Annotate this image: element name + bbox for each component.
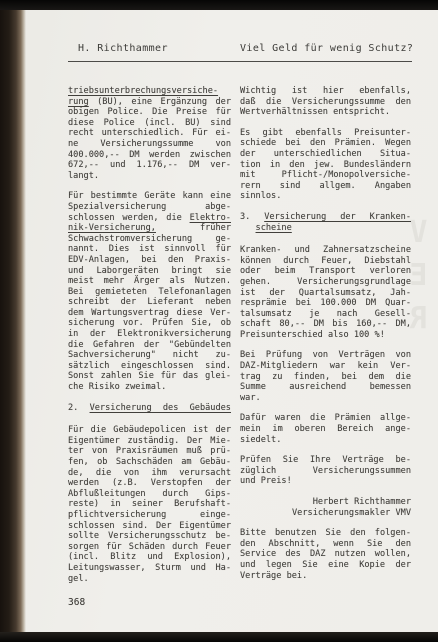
text-line: 3. Versicherung der Kranken-: [240, 212, 411, 223]
text-line: Wichtig ist hier ebenfalls,: [240, 86, 411, 97]
text-line: Für bestimmte Geräte kann eine: [68, 191, 231, 202]
text-line: scheine: [240, 223, 411, 234]
text-line: sorgen für Schäden durch Feuer: [68, 542, 231, 553]
text-line: schaft 80,-- DM bis 160,-- DM,: [240, 319, 411, 330]
text-line: 2. Versicherung des Gebäudes: [68, 403, 231, 414]
paragraph: triebsunterbrechungsversiche-rung (BU), …: [68, 86, 231, 181]
text-line: mit Pflicht-/Monopolversiche-: [240, 170, 411, 181]
text-line: oder beim Transport verloren: [240, 266, 411, 277]
text-line: fen, ob Sachschäden am Gebäu-: [68, 457, 231, 468]
text-line: der unterschiedlichen Situa-: [240, 149, 411, 160]
text-line: werden (z.B. Verstopfen der: [68, 478, 231, 489]
scan-border-bottom: [0, 632, 438, 642]
text-line: Sachversicherung" nicht zu-: [68, 350, 231, 361]
text-line: Summe ausreichend bemessen: [240, 382, 411, 393]
underlined-text: Versicherung der Kranken-: [264, 212, 411, 222]
text-line: mein im oberen Bereich ange-: [240, 424, 411, 435]
text-line: Herbert Richthammer: [240, 497, 411, 508]
text-line: langt.: [68, 171, 231, 182]
text-line: und Preis!: [240, 476, 411, 487]
text-line: reste) in seiner Berufshaft-: [68, 499, 231, 510]
paragraph: Bei Prüfung von Verträgen vonDAZ-Mitglie…: [240, 350, 411, 403]
text-line: ter von Praxisräumen muß prü-: [68, 446, 231, 457]
text-line: Versicherungsmakler VMV: [240, 508, 411, 519]
paragraph: Es gibt ebenfalls Preisunter-schiede bei…: [240, 128, 411, 202]
text-line: nik-Versicherung, früher: [68, 223, 231, 234]
text-line: resprämie bei 100.000 DM Quar-: [240, 298, 411, 309]
underlined-text: Versicherung des Gebäudes: [90, 403, 231, 413]
text-line: Verträge bei.: [240, 571, 411, 582]
text-line: che Risiko zweimal.: [68, 382, 231, 393]
book-gutter-shadow: [0, 10, 26, 632]
text-line: DAZ-Mitgliedern war kein Ver-: [240, 361, 411, 372]
text-line: schlossen sind. Der Eigentümer: [68, 521, 231, 532]
text-line: können durch Feuer, Diebstahl: [240, 256, 411, 267]
text-line: schiede bei den Prämien. Wegen: [240, 138, 411, 149]
text-line: daß die Versicherungssumme den: [240, 97, 411, 108]
paragraph: Bitte benutzen Sie den folgen-den Abschn…: [240, 528, 411, 581]
text-line: obigen Police. Die Preise für: [68, 107, 231, 118]
paragraph: Kranken- und Zahnersatzscheinekönnen dur…: [240, 245, 411, 340]
text-line: tion in den jew. Bundesländern: [240, 160, 411, 171]
text-line: Eigentümer zuständig. Der Mie-: [68, 436, 231, 447]
paragraph: Für die Gebäudepolicen ist derEigentümer…: [68, 425, 231, 584]
text-line: schlossen werden, die Elektro-: [68, 213, 231, 224]
paragraph: Für bestimmte Geräte kann eineSpezialver…: [68, 191, 231, 392]
text-line: rern sind allgem. Angaben: [240, 181, 411, 192]
text-line: Spezialversicherung abge-: [68, 202, 231, 213]
text-line: sicherung vor. Prüfen Sie, ob: [68, 318, 231, 329]
text-line: de, die von ihm verursacht: [68, 468, 231, 479]
text-line: recht unterschiedlich. Für ei-: [68, 128, 231, 139]
text-line: Kranken- und Zahnersatzscheine: [240, 245, 411, 256]
section-heading: 3. Versicherung der Kranken- scheine: [240, 212, 411, 233]
text-line: Service des DAZ nutzen wollen,: [240, 549, 411, 560]
text-line: ne Versicherungssumme von: [68, 139, 231, 150]
text-line: Sonst zahlen Sie für das glei-: [68, 371, 231, 382]
text-column-left: triebsunterbrechungsversiche-rung (BU), …: [68, 86, 231, 594]
text-line: nannt. Dies ist sinnvoll für: [68, 244, 231, 255]
text-line: meist mehr Ärger als Nutzen.: [68, 276, 231, 287]
text-line: Bitte benutzen Sie den folgen-: [240, 528, 411, 539]
text-line: war.: [240, 393, 411, 404]
text-line: rung (BU), eine Ergänzung der: [68, 97, 231, 108]
text-line: sollte Versicherungsschutz be-: [68, 531, 231, 542]
text-line: den Abschnitt, wenn Sie den: [240, 539, 411, 550]
page-header: H. Richthammer Viel Geld für wenig Schut…: [0, 43, 438, 57]
signature: Herbert RichthammerVersicherungsmakler V…: [240, 497, 411, 518]
text-line: in der Elektronikversicherung: [68, 329, 231, 340]
text-line: diese Police (incl. BU) sind: [68, 118, 231, 129]
text-line: talsumsatz je nach Gesell-: [240, 309, 411, 320]
header-rule: [68, 61, 412, 62]
text-line: sätzlich eingeschlossen sind.: [68, 361, 231, 372]
text-line: siedelt.: [240, 435, 411, 446]
text-line: trag zu finden, bei dem die: [240, 372, 411, 383]
text-line: sinnlos.: [240, 191, 411, 202]
text-line: Für die Gebäudepolicen ist der: [68, 425, 231, 436]
underlined-text: scheine: [256, 223, 292, 233]
running-head-title: Viel Geld für wenig Schutz?: [240, 43, 413, 54]
text-line: Bei gemieteten Telefonanlagen: [68, 287, 231, 298]
paragraph: Wichtig ist hier ebenfalls,daß die Versi…: [240, 86, 411, 118]
text-line: dem Wartungsvertrag diese Ver-: [68, 308, 231, 319]
text-line: triebsunterbrechungsversiche-: [68, 86, 231, 97]
text-column-right: Wichtig ist hier ebenfalls,daß die Versi…: [240, 86, 411, 591]
text-line: pflichtversicherung einge-: [68, 510, 231, 521]
scanned-document-page: VER H. Richthammer Viel Geld für wenig S…: [0, 0, 438, 642]
text-line: schreibt der Lieferant neben: [68, 297, 231, 308]
running-head-author: H. Richthammer: [78, 43, 168, 54]
text-line: züglich Versicherungssummen: [240, 466, 411, 477]
text-line: und legen Sie eine Kopie der: [240, 560, 411, 571]
section-heading: 2. Versicherung des Gebäudes: [68, 403, 231, 414]
paragraph: Dafür waren die Prämien allge-mein im ob…: [240, 413, 411, 445]
text-line: Wertverhältnissen entspricht.: [240, 107, 411, 118]
underlined-text: nik-Versicherung,: [68, 223, 156, 233]
text-line: (incl. Blitz und Explosion),: [68, 552, 231, 563]
text-line: EDV-Anlagen, bei den Praxis-: [68, 255, 231, 266]
text-line: Dafür waren die Prämien allge-: [240, 413, 411, 424]
text-line: Preisunterschied also 100 %!: [240, 330, 411, 341]
underlined-text: triebsunterbrechungsversiche-: [68, 86, 218, 96]
paragraph: Prüfen Sie Ihre Verträge be-züglich Vers…: [240, 455, 411, 487]
scan-border-top: [0, 0, 438, 10]
text-line: Es gibt ebenfalls Preisunter-: [240, 128, 411, 139]
text-line: und Laborgeräten bringt sie: [68, 266, 231, 277]
text-line: Bei Prüfung von Verträgen von: [240, 350, 411, 361]
text-line: gehen. Versicherungsgrundlage: [240, 277, 411, 288]
page-number: 368: [68, 597, 85, 608]
text-line: die Gefahren der "Gebündelten: [68, 340, 231, 351]
text-line: Prüfen Sie Ihre Verträge be-: [240, 455, 411, 466]
text-line: ist der Quartalsumsatz, Jah-: [240, 288, 411, 299]
text-line: Abflußleitungen durch Gips-: [68, 489, 231, 500]
underlined-text: rung: [68, 97, 89, 107]
text-line: Schwachstromversicherung ge-: [68, 234, 231, 245]
text-line: gel.: [68, 574, 231, 585]
text-line: 672,-- und 1.176,-- DM ver-: [68, 160, 231, 171]
underlined-text: Elektro-: [190, 213, 231, 223]
text-line: Leitungswasser, Sturm und Ha-: [68, 563, 231, 574]
text-line: 400.000,-- DM werden zwischen: [68, 150, 231, 161]
